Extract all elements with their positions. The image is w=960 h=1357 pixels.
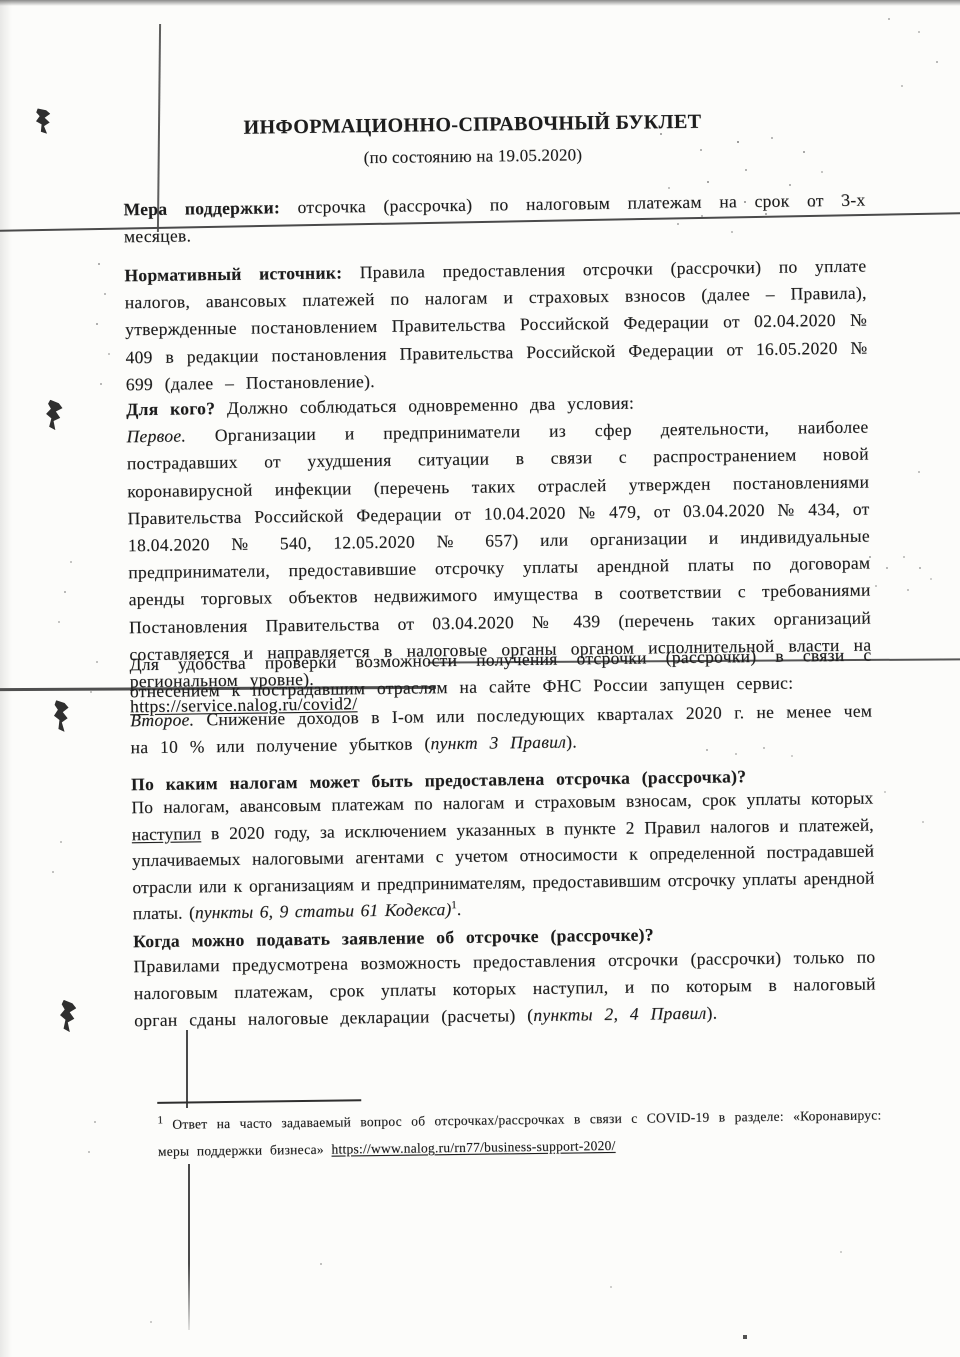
second-condition-label: Второе. [130,709,194,730]
footnote-marker: 1 [157,1114,163,1126]
support-measure-block: Мера поддержки: отсрочка (рассрочка) по … [123,187,866,251]
support-measure-paragraph: Мера поддержки: отсрочка (рассрочка) по … [123,187,866,251]
which-taxes-underlined-word: наступил [132,823,202,844]
when-apply-block: Правилами предусмотрена возможность пред… [133,943,876,1034]
which-taxes-paragraph: По налогам, авансовым платежам по налога… [131,785,875,928]
footnote-separator-rule [157,1099,361,1104]
normative-source-paragraph: Нормативный источник: Правила предоставл… [124,253,868,399]
which-taxes-reference: пункты 6, 9 статьи 61 Кодекса [195,899,446,922]
footnote-block: 1 Ответ на часто задаваемый вопрос об от… [157,1092,882,1164]
document-content: ИНФОРМАЦИОННО-СПРАВОЧНЫЙ БУКЛЕТ (по сост… [0,0,960,1357]
second-condition-block: Второе. Снижение доходов в I-ом или посл… [130,698,873,762]
normative-source-block: Нормативный источник: Правила предоставл… [124,253,868,399]
support-measure-label: Мера поддержки: [123,197,280,219]
document-title: ИНФОРМАЦИОННО-СПРАВОЧНЫЙ БУКЛЕТ [0,107,953,143]
normative-source-label: Нормативный источник: [124,262,342,285]
when-apply-text: Правилами предусмотрена возможность пред… [133,946,876,1030]
for-whom-heading: Для кого? [126,398,215,419]
which-taxes-block: По налогам, авансовым платежам по налога… [131,785,875,928]
scanned-document-page: ИНФОРМАЦИОННО-СПРАВОЧНЫЙ БУКЛЕТ (по сост… [0,0,960,1357]
when-apply-reference: пункты 2, 4 Правил [533,1003,706,1025]
scan-noise-speckles [0,0,2,2]
second-condition-paragraph: Второе. Снижение доходов в I-ом или посл… [130,698,873,762]
footnote-link[interactable]: https://www.nalog.ru/rn77/business-suppo… [331,1138,615,1157]
for-whom-intro: Должно соблюдаться одновременно два усло… [227,393,635,418]
second-condition-reference: пункт 3 Правил [430,732,566,754]
when-apply-close: ). [706,1003,717,1023]
which-taxes-text-1: По налогам, авансовым платежам по налога… [131,788,873,818]
footnote-paragraph: 1 Ответ на часто задаваемый вопрос об от… [157,1101,882,1164]
document-date-line: (по состоянию на 19.05.2020) [0,140,953,173]
second-condition-close: ). [566,732,577,752]
when-apply-paragraph: Правилами предусмотрена возможность пред… [133,943,876,1034]
first-condition-label: Первое. [126,426,186,447]
which-taxes-period: . [457,899,462,919]
